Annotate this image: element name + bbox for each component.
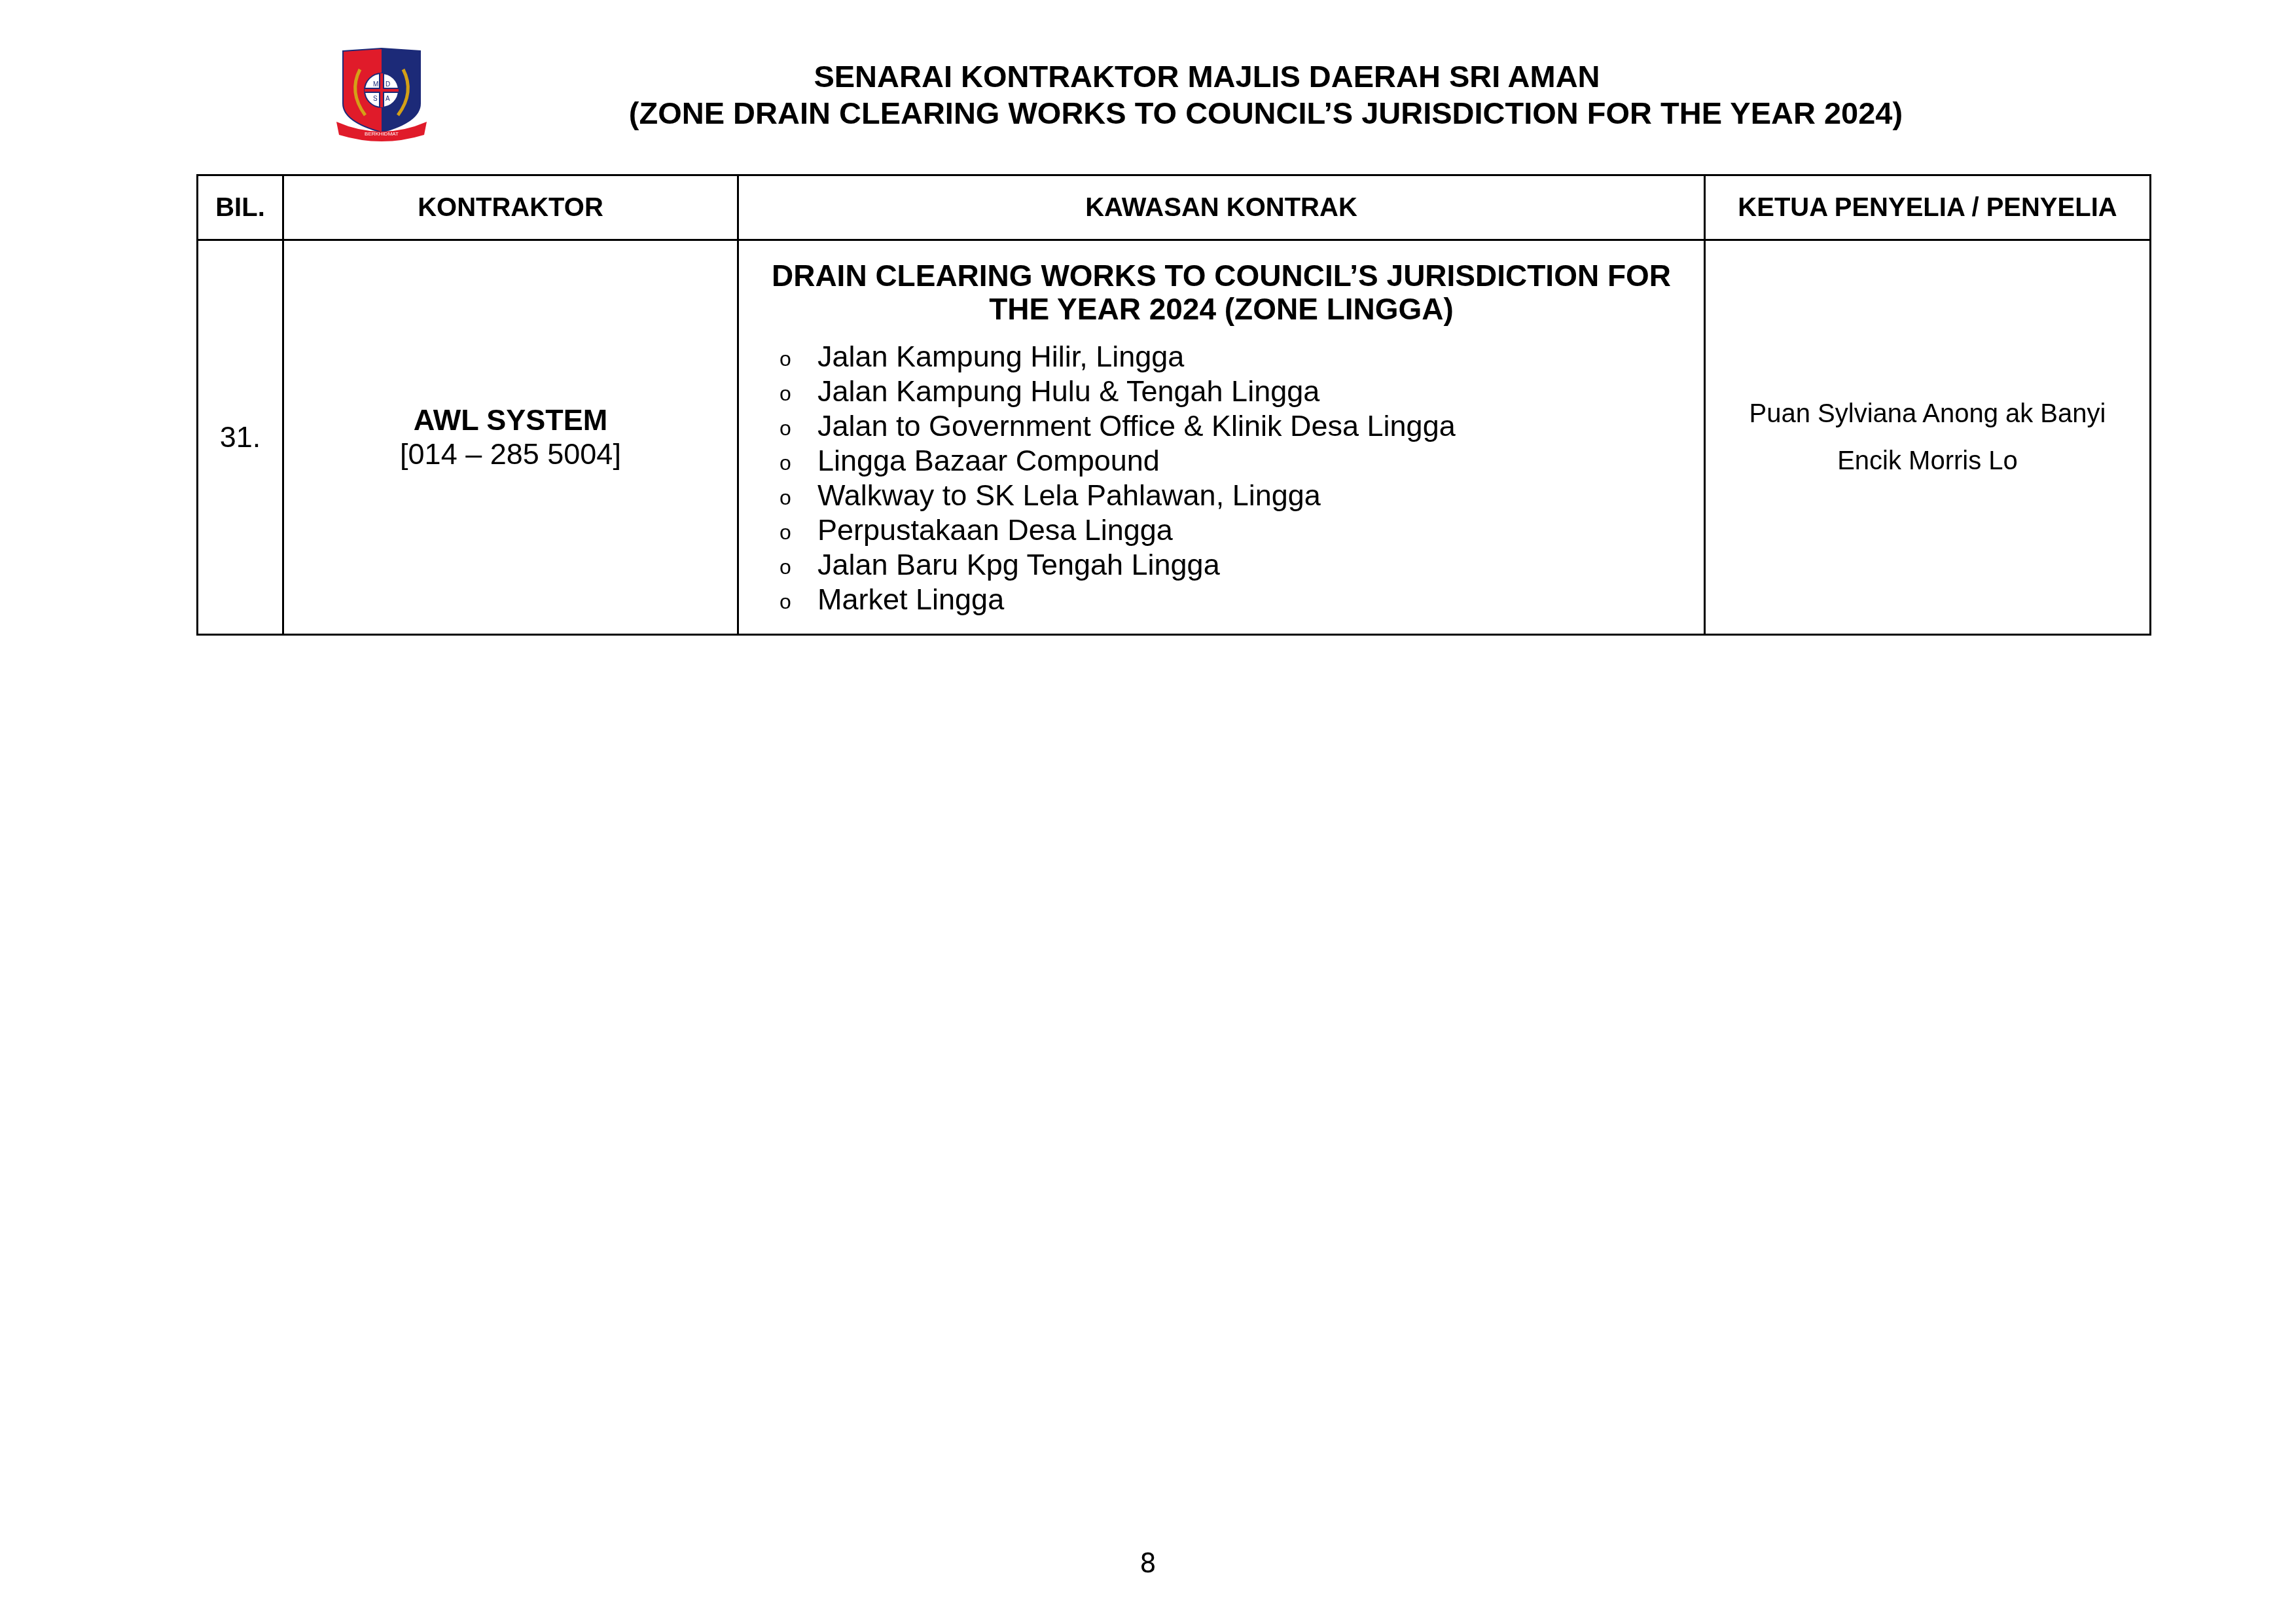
page-subtitle: (ZONE DRAIN CLEARING WORKS TO COUNCIL’S … bbox=[367, 95, 2165, 132]
circle-bullet-icon: o bbox=[780, 443, 791, 482]
circle-bullet-icon: o bbox=[780, 339, 791, 378]
list-item: oWalkway to SK Lela Pahlawan, Lingga bbox=[739, 478, 1704, 513]
column-header-kawasan-kontrak: KAWASAN KONTRAK bbox=[738, 175, 1705, 240]
list-item: oJalan Kampung Hulu & Tengah Lingga bbox=[739, 374, 1704, 408]
circle-bullet-icon: o bbox=[780, 374, 791, 413]
table-header-row: BIL. KONTRAKTOR KAWASAN KONTRAK KETUA PE… bbox=[198, 175, 2151, 240]
row-number: 31. bbox=[198, 240, 283, 635]
list-item: oJalan Baru Kpg Tengah Lingga bbox=[739, 547, 1704, 582]
list-item: oPerpustakaan Desa Lingga bbox=[739, 513, 1704, 547]
column-header-penyelia: KETUA PENYELIA / PENYELIA bbox=[1705, 175, 2151, 240]
contractor-cell: AWL SYSTEM [014 – 285 5004] bbox=[283, 240, 738, 635]
page-title: SENARAI KONTRAKTOR MAJLIS DAERAH SRI AMA… bbox=[458, 58, 1956, 95]
circle-bullet-icon: o bbox=[780, 547, 791, 586]
circle-bullet-icon: o bbox=[780, 513, 791, 552]
area-list: oJalan Kampung Hilir, Lingga oJalan Kamp… bbox=[739, 339, 1704, 617]
contract-area-cell: DRAIN CLEARING WORKS TO COUNCIL’S JURISD… bbox=[738, 240, 1705, 635]
contractor-table: BIL. KONTRAKTOR KAWASAN KONTRAK KETUA PE… bbox=[196, 174, 2151, 636]
contractor-name: AWL SYSTEM bbox=[284, 403, 737, 437]
table-row: 31. AWL SYSTEM [014 – 285 5004] DRAIN CL… bbox=[198, 240, 2151, 635]
svg-text:D: D bbox=[386, 81, 390, 88]
svg-text:BERKHIDMAT: BERKHIDMAT bbox=[365, 131, 399, 137]
circle-bullet-icon: o bbox=[780, 478, 791, 517]
contract-heading: DRAIN CLEARING WORKS TO COUNCIL’S JURISD… bbox=[765, 259, 1677, 326]
supervisor-cell: Puan Sylviana Anong ak Banyi Encik Morri… bbox=[1705, 240, 2151, 635]
supervisor: Encik Morris Lo bbox=[1706, 437, 2149, 484]
column-header-bil: BIL. bbox=[198, 175, 283, 240]
svg-text:M: M bbox=[373, 81, 378, 88]
contractor-phone: [014 – 285 5004] bbox=[284, 437, 737, 471]
page-number: 8 bbox=[0, 1549, 2296, 1579]
head-supervisor: Puan Sylviana Anong ak Banyi bbox=[1706, 390, 2149, 437]
list-item: oLingga Bazaar Compound bbox=[739, 443, 1704, 478]
list-item: oJalan to Government Office & Klinik Des… bbox=[739, 408, 1704, 443]
circle-bullet-icon: o bbox=[780, 408, 791, 448]
column-header-kontraktor: KONTRAKTOR bbox=[283, 175, 738, 240]
circle-bullet-icon: o bbox=[780, 582, 791, 621]
list-item: oMarket Lingga bbox=[739, 582, 1704, 617]
list-item: oJalan Kampung Hilir, Lingga bbox=[739, 339, 1704, 374]
